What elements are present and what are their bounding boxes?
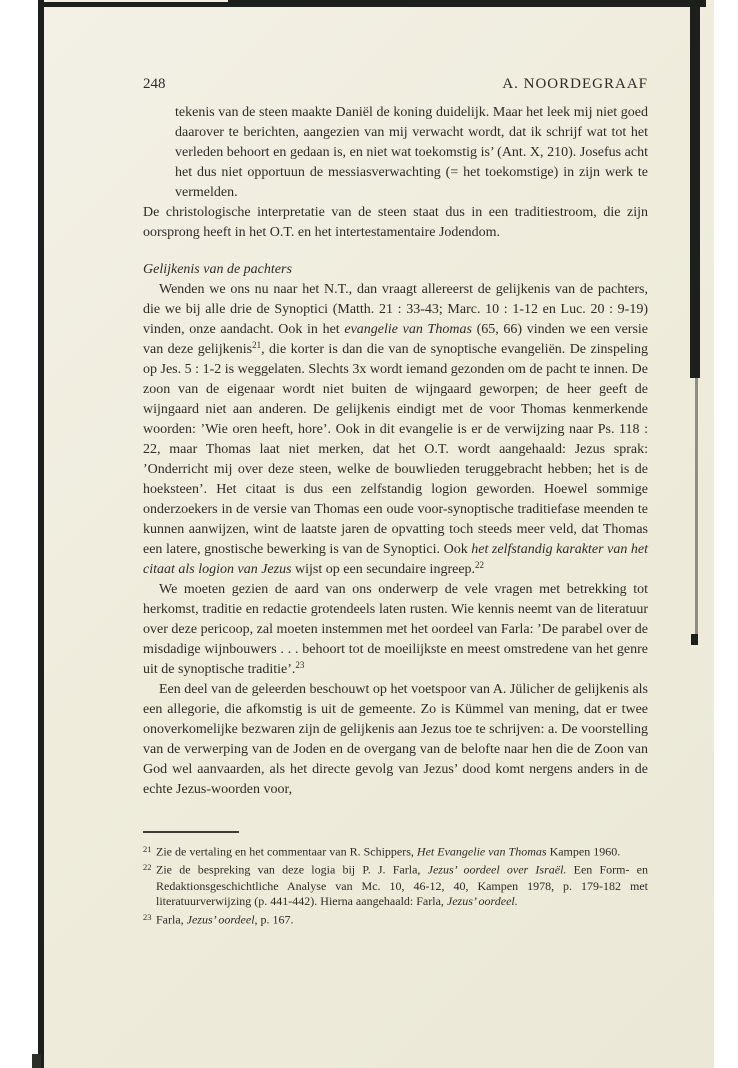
footnote-marker: 22 bbox=[143, 860, 156, 876]
scan-edge-right bbox=[690, 0, 700, 378]
text-run: Zie de vertaling en het commentaar van R… bbox=[156, 845, 417, 859]
italic-text: evangelie van Thomas bbox=[344, 322, 472, 337]
footnote: 23Farla, Jezus’ oordeel, p. 167. bbox=[143, 910, 648, 928]
paragraph: Wenden we ons nu naar het N.T., dan vraa… bbox=[143, 280, 648, 580]
blockquote: tekenis van de steen maakte Daniël de ko… bbox=[175, 103, 648, 203]
footnote-separator-rule bbox=[143, 831, 239, 833]
text-run: We moeten gezien de aard van ons onderwe… bbox=[143, 582, 648, 677]
footnotes-block: 21Zie de vertaling en het commentaar van… bbox=[143, 842, 648, 928]
running-head: A. NOORDEGRAAF bbox=[502, 76, 648, 93]
text-run: Gelijkenis van de pachters bbox=[143, 262, 292, 277]
footnote-ref: 23 bbox=[295, 660, 304, 670]
footnote-marker: 23 bbox=[143, 910, 156, 926]
scan-edge-left bbox=[38, 0, 44, 1068]
italic-text: Jezus’ oordeel. bbox=[447, 894, 518, 908]
footnote-ref: 21 bbox=[252, 340, 261, 350]
page-number: 248 bbox=[143, 76, 166, 93]
section-heading: Gelijkenis van de pachters bbox=[143, 260, 648, 280]
page-header: 248 A. NOORDEGRAAF bbox=[143, 76, 648, 93]
text-run: Zie de bespreking van deze logia bij P. … bbox=[156, 863, 428, 877]
main-text-column: tekenis van de steen maakte Daniël de ko… bbox=[143, 103, 648, 800]
text-run: wijst op een secundaire ingreep. bbox=[292, 562, 476, 577]
footnote-marker: 21 bbox=[143, 842, 156, 858]
paragraph: De christologische interpretatie van de … bbox=[143, 203, 648, 243]
text-run: , p. 167. bbox=[255, 913, 294, 927]
text-run: Kampen 1960. bbox=[547, 845, 621, 859]
paragraph: Een deel van de geleerden beschouwt op h… bbox=[143, 680, 648, 800]
scan-corner-mark bbox=[32, 1054, 41, 1068]
scan-edge-right-thin bbox=[695, 378, 698, 638]
text-run: Farla, bbox=[156, 913, 187, 927]
italic-text: Jezus’ oordeel bbox=[187, 913, 255, 927]
text-run: tekenis van de steen maakte Daniël de ko… bbox=[175, 105, 648, 200]
text-run: , die korter is dan die van de synoptisc… bbox=[143, 342, 648, 557]
footnote-ref: 22 bbox=[475, 560, 484, 570]
italic-text: Het Evangelie van Thomas bbox=[417, 845, 547, 859]
scan-edge-top-thick bbox=[228, 0, 706, 4]
footnote: 22Zie de bespreking van deze logia bij P… bbox=[143, 860, 648, 910]
paragraph: We moeten gezien de aard van ons onderwe… bbox=[143, 580, 648, 680]
text-run: De christologische interpretatie van de … bbox=[143, 205, 648, 240]
text-run: Een deel van de geleerden beschouwt op h… bbox=[143, 682, 648, 797]
footnote: 21Zie de vertaling en het commentaar van… bbox=[143, 842, 648, 860]
italic-text: Jezus’ oordeel over Israël. bbox=[428, 863, 567, 877]
scan-edge-right-notch bbox=[691, 634, 698, 645]
